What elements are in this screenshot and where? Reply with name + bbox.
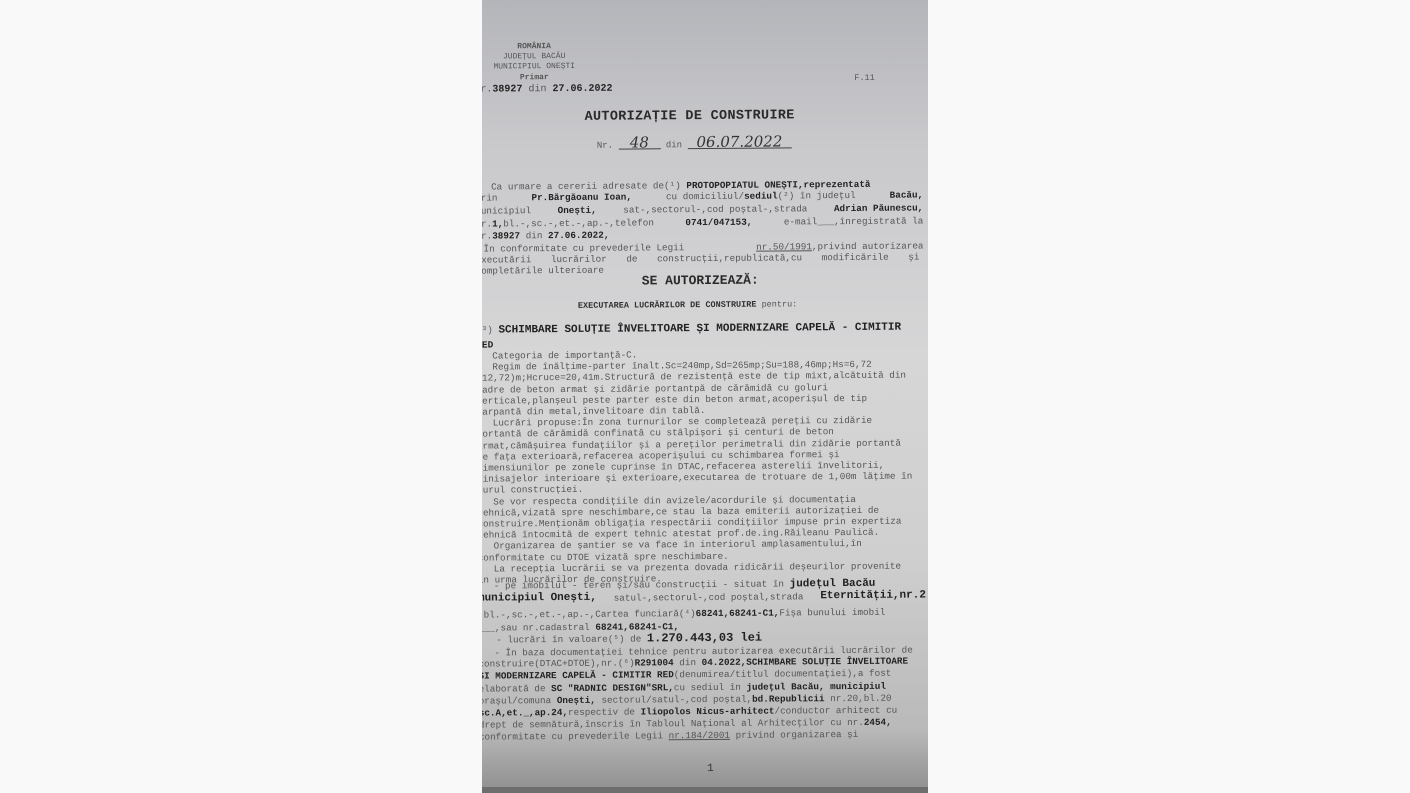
text: (²) în județul <box>778 190 856 202</box>
details-line: Categoria de importanță-C. <box>492 349 637 361</box>
text: municipiul <box>482 205 531 216</box>
document-photo: ROMÂNIA JUDEȚUL BACĂU MUNICIPIUL ONEȘTI … <box>482 0 928 793</box>
header-office: Primar <box>482 72 594 84</box>
text: EXECUTAREA LUCRĂRILOR DE CONSTRUIRE <box>578 300 757 311</box>
reg-date: 27.06.2022 <box>552 84 612 95</box>
request-number: 38927 <box>492 230 520 241</box>
details-line: finisajelor interioare și exterioare,exe… <box>482 471 912 485</box>
project-title-line-1: (³) SCHIMBARE SOLUȚIE ÎNVELITOARE ȘI MOD… <box>482 322 901 337</box>
law-line-3: completările ulterioare <box>482 265 604 277</box>
law-reference-2: nr.184/2001 <box>669 730 730 741</box>
text: nr. <box>482 230 492 241</box>
request-date: 27.06.2022, <box>548 230 609 241</box>
law-line-2: executării lucrărilor de construcții,rep… <box>482 252 919 266</box>
intro-line-5: nr.38927 din 27.06.2022, <box>482 230 609 242</box>
intro-line-2: prin Pr.Bărgăoanu Ioan, cu domiciliul/se… <box>482 189 923 203</box>
text: privind organizarea și <box>736 729 859 741</box>
text: e-mail___,înregistrată la <box>784 215 924 227</box>
property-city: municipiul Onești, <box>482 593 597 605</box>
text: cu sediul în <box>674 682 741 693</box>
document-title: AUTORIZAȚIE DE CONSTRUIRE <box>585 110 795 122</box>
text: elaborată de <box>482 683 546 694</box>
reg-prefix: nr. <box>482 84 492 95</box>
project-title: SCHIMBARE SOLUȚIE ÎNVELITOARE ȘI MODERNI… <box>498 322 901 337</box>
designer-company: SC "RADNIC DESIGN"SRL, <box>551 682 674 694</box>
text: construire(DTAC+DTOE),nr.(⁶) <box>482 658 635 670</box>
page-number: 1 <box>707 764 714 775</box>
permit-number-line: Nr. 48 din 06.07.2022 <box>597 136 792 151</box>
property-county: județul Bacău <box>790 578 876 591</box>
law-reference: nr.50/1991 <box>756 241 812 252</box>
text: conformitate cu prevederile Legii <box>482 730 663 742</box>
text: prin <box>482 192 498 203</box>
text: din <box>526 230 543 241</box>
details-line: jurul construcției. <box>482 484 583 496</box>
value-line: - lucrări în valoare(⁵) de 1.270.443,03 … <box>496 633 762 646</box>
doc-title-cont: ȘI MODERNIZARE CAPELĂ - CIMITIR RED <box>482 669 674 681</box>
intro-line-4: nr.1,bl.-,sc.-,et.-,ap.-,telefon 0741/04… <box>482 215 923 229</box>
registration-line: nr.38927 din 27.06.2022 <box>482 84 613 96</box>
text: nr. <box>482 218 492 229</box>
header-municipality: MUNICIPIUL ONEȘTI <box>482 61 594 73</box>
text: ,privind autorizarea <box>812 240 924 252</box>
applicant-phone: 0741/047153, <box>685 217 752 228</box>
text: ___,sau nr.cadastral <box>482 622 590 634</box>
representative-name: Pr.Bărgăoanu Ioan, <box>531 192 632 204</box>
doc-title: 04.2022,SCHIMBARE SOLUȚIE ÎNVELITOARE <box>702 656 909 668</box>
text: sat-,sectorul-,cod poștal-,strada <box>623 203 807 215</box>
text: - lucrări în valoare(⁵) de <box>496 633 641 645</box>
details-line: La recepția lucrării se va prezenta dova… <box>494 560 901 574</box>
text: /conductor arhitect cu <box>774 705 897 717</box>
text: cu domiciliul/ <box>666 191 744 203</box>
works-value: 1.270.443,03 lei <box>647 631 762 646</box>
text: pentru: <box>762 299 798 309</box>
property-line-3: ,bl.-,sc.-,et.-,ap.-,Cartea funciară(⁴)6… <box>482 607 885 621</box>
text: sediul <box>744 190 778 201</box>
designer-street: bd.Republicii <box>752 693 825 705</box>
permit-page: ROMÂNIA JUDEȚUL BACĂU MUNICIPIUL ONEȘTI … <box>482 0 928 793</box>
applicant-county: Bacău, <box>890 189 924 200</box>
text: sectorul/satul-,cod poștal, <box>601 694 752 706</box>
doc-line-8: conformitate cu prevederile Legii nr.184… <box>482 729 858 743</box>
text: (denumirea/titlul documentației),a fost <box>674 668 892 681</box>
applicant-city: Onești, <box>558 205 597 216</box>
text: nr.20,bl.20 <box>830 693 891 704</box>
applicant-street: Adrian Păunescu, <box>834 202 923 214</box>
intro-line-3: municipiul Onești, sat-,sectorul-,cod po… <box>482 202 923 216</box>
execution-line: EXECUTAREA LUCRĂRILOR DE CONSTRUIRE pent… <box>578 299 797 312</box>
land-book-number: 68241,68241-C1, <box>696 607 780 619</box>
footnote-marker: (³) <box>482 324 493 335</box>
text: orașul/comuna <box>482 695 551 707</box>
text: respectiv de <box>568 707 635 718</box>
form-code: F.11 <box>854 73 874 84</box>
permit-number: 48 <box>618 137 660 149</box>
designer-location: județul Bacău, municipiul <box>746 681 886 693</box>
text: ,bl.-,sc.-,et.-,ap.-,Cartea funciară(⁴) <box>482 608 696 621</box>
permit-date: 06.07.2022 <box>687 136 791 149</box>
architect-name: Iliopolos Nicus-arhitect <box>641 706 775 718</box>
doc-number: R291004 <box>635 657 674 668</box>
text: Fișa bunului imobil <box>779 607 885 619</box>
reg-number: 38927 <box>492 84 522 95</box>
text: din <box>679 657 696 668</box>
designer-city: Onești, <box>557 695 596 706</box>
permit-nr-label: Nr. <box>597 141 613 151</box>
text: satul-,sectorul-,cod poștal,strada <box>614 591 804 603</box>
property-line-2: municipiul Onești, satul-,sectorul-,cod … <box>482 590 926 604</box>
street-number: 1, <box>492 218 503 229</box>
doc-line-3: ȘI MODERNIZARE CAPELĂ - CIMITIR RED(denu… <box>482 668 891 682</box>
authorize-heading: SE AUTORIZEAZĂ: <box>642 275 759 287</box>
permit-din-label: din <box>666 140 682 150</box>
architect-number: 2454, <box>864 717 892 728</box>
designer-address: sc.A,et._,ap.24, <box>482 707 568 719</box>
details-block: Categoria de importanță-C.Regim de înălț… <box>482 0 928 2</box>
reg-din: din <box>528 84 546 95</box>
text: bl.-,sc.-,et.-,ap.-,telefon <box>503 217 654 229</box>
project-title-line-2: RED <box>482 339 493 350</box>
text: - pe imobilul - teren și/sau construcții… <box>494 578 784 591</box>
property-street: Eternității,nr.2 <box>820 590 926 602</box>
